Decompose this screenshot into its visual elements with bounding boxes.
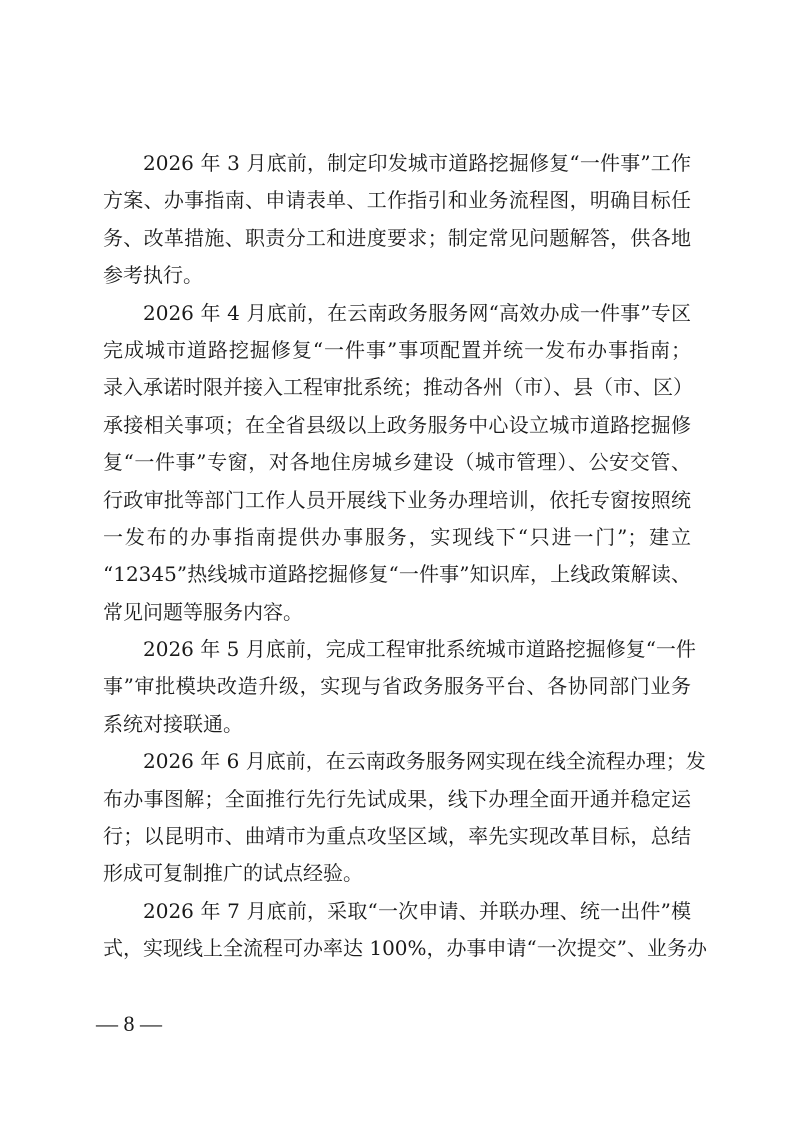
- text-line: 2026 年 6 月底前，在云南政务服务网实现在线全流程办理；发: [103, 743, 691, 780]
- text-line: 系统对接联通。: [103, 706, 691, 743]
- text-line: 复“一件事”专窗，对各地住房城乡建设（城市管理）、公安交管、: [103, 444, 691, 481]
- text-line: 事”审批模块改造升级，实现与省政务服务平台、各协同部门业务: [103, 668, 691, 705]
- paragraph-june: 2026 年 6 月底前，在云南政务服务网实现在线全流程办理；发 布办事图解；全…: [103, 743, 691, 893]
- text-line: 完成城市道路挖掘修复“一件事”事项配置并统一发布办事指南；: [103, 332, 691, 369]
- text-line: 2026 年 4 月底前，在云南政务服务网“高效办成一件事”专区: [103, 295, 691, 332]
- text-line: 录入承诺时限并接入工程审批系统；推动各州（市）、县（市、区）: [103, 369, 691, 406]
- text-line: 承接相关事项；在全省县级以上政务服务中心设立城市道路挖掘修: [103, 407, 691, 444]
- text-line: 形成可复制推广的试点经验。: [103, 855, 691, 892]
- text-line: 行政审批等部门工作人员开展线下业务办理培训，依托专窗按照统: [103, 482, 691, 519]
- paragraph-april: 2026 年 4 月底前，在云南政务服务网“高效办成一件事”专区 完成城市道路挖…: [103, 295, 691, 632]
- text-line: 参考执行。: [103, 257, 691, 294]
- text-line: 常见问题等服务内容。: [103, 594, 691, 631]
- page-number: — 8 —: [96, 1011, 162, 1037]
- text-line: 方案、办事指南、申请表单、工作指引和业务流程图，明确目标任: [103, 182, 691, 219]
- text-line: 行；以昆明市、曲靖市为重点攻坚区域，率先实现改革目标，总结: [103, 818, 691, 855]
- text-line: 布办事图解；全面推行先行先试成果，线下办理全面开通并稳定运: [103, 781, 691, 818]
- document-page: 2026 年 3 月底前，制定印发城市道路挖掘修复“一件事”工作 方案、办事指南…: [0, 0, 793, 1122]
- text-line: 2026 年 3 月底前，制定印发城市道路挖掘修复“一件事”工作: [103, 145, 691, 182]
- text-line: 式，实现线上全流程可办率达 100%，办事申请“一次提交”、业务办: [103, 930, 691, 967]
- paragraph-may: 2026 年 5 月底前，完成工程审批系统城市道路挖掘修复“一件 事”审批模块改…: [103, 631, 691, 743]
- text-line: 一发布的办事指南提供办事服务，实现线下“只进一门”；建立: [103, 519, 691, 556]
- text-line: 务、改革措施、职责分工和进度要求；制定常见问题解答，供各地: [103, 220, 691, 257]
- text-line: 2026 年 5 月底前，完成工程审批系统城市道路挖掘修复“一件: [103, 631, 691, 668]
- text-line: 2026 年 7 月底前，采取“一次申请、并联办理、统一出件”模: [103, 893, 691, 930]
- paragraph-july: 2026 年 7 月底前，采取“一次申请、并联办理、统一出件”模 式，实现线上全…: [103, 893, 691, 968]
- text-line: “12345”热线城市道路挖掘修复“一件事”知识库，上线政策解读、: [103, 556, 691, 593]
- paragraph-march: 2026 年 3 月底前，制定印发城市道路挖掘修复“一件事”工作 方案、办事指南…: [103, 145, 691, 295]
- document-body: 2026 年 3 月底前，制定印发城市道路挖掘修复“一件事”工作 方案、办事指南…: [103, 145, 691, 968]
